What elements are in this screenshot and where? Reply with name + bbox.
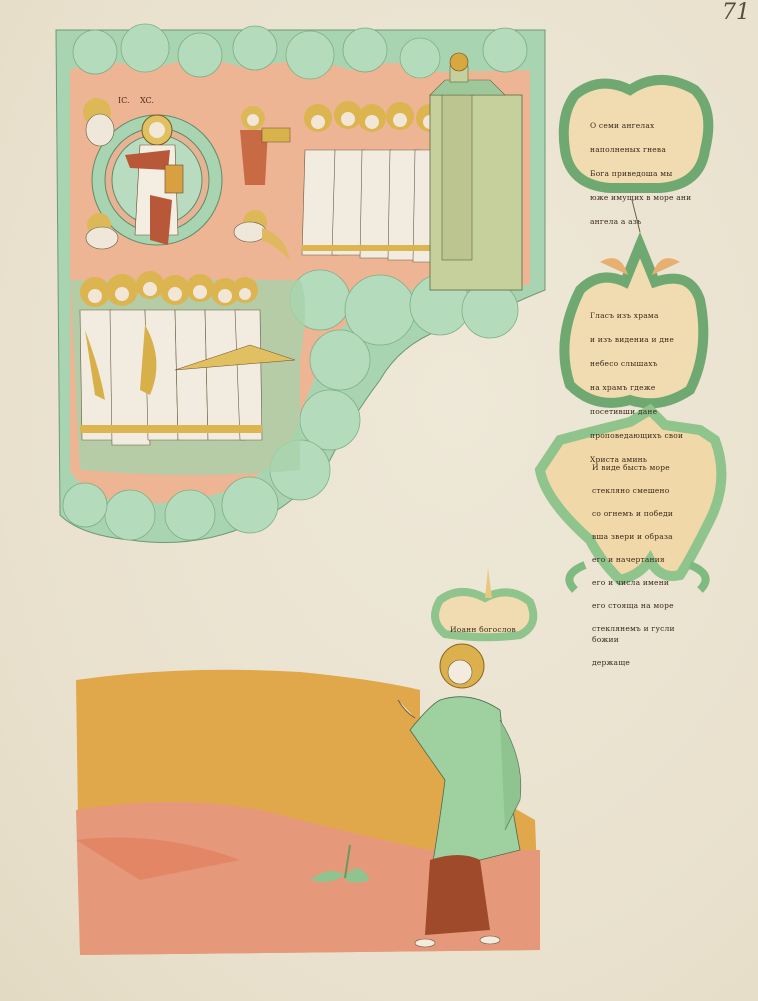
cartouche-line: вша звери и образа — [592, 531, 702, 543]
cartouche-4-text: Иоанн богослов — [450, 612, 530, 648]
cartouche-line: со огнемъ и победи — [592, 508, 702, 520]
cartouche-3-text: И виде бысть море стекляно смешено со ог… — [592, 450, 702, 680]
cartouche-line: И виде бысть море — [592, 462, 702, 474]
cartouche-line: стекляно смешено — [592, 485, 702, 497]
christ-inscription: IC. — [118, 96, 130, 105]
cartouche-line: наполненых гнева — [590, 144, 700, 156]
cartouche-line: держаще — [592, 657, 702, 669]
cartouche-line: его стояща на море — [592, 600, 702, 612]
cartouche-line: на храмъ гдеже — [590, 382, 695, 394]
cartouche-line: проповедающихъ свои — [590, 430, 695, 442]
lower-miniature — [76, 644, 540, 955]
cartouche-line: Гласъ изъ храма — [590, 310, 695, 322]
cartouche-line: и изъ видениа и дне — [590, 334, 695, 346]
cartouche-line: небесо слышахъ — [590, 358, 695, 370]
cartouche-1-text: О семи ангелах наполненых гнева Бога при… — [590, 108, 700, 240]
cartouche-line: ангела а азь — [590, 216, 700, 228]
cartouche-line: О семи ангелах — [590, 120, 700, 132]
cartouche-line: юже имущих в море ани — [590, 192, 700, 204]
cartouche-line: Иоанн богослов — [450, 624, 530, 636]
cartouche-line: стеклянемъ и гусли божии — [592, 623, 702, 646]
cartouche-line: его и начертания — [592, 554, 702, 566]
cartouche-line: посетивши дане — [590, 406, 695, 418]
cartouche-line: его и числа имени — [592, 577, 702, 589]
christ-inscription-xc: XC. — [140, 96, 154, 105]
cartouche-line: Бога приведоша мы — [590, 168, 700, 180]
